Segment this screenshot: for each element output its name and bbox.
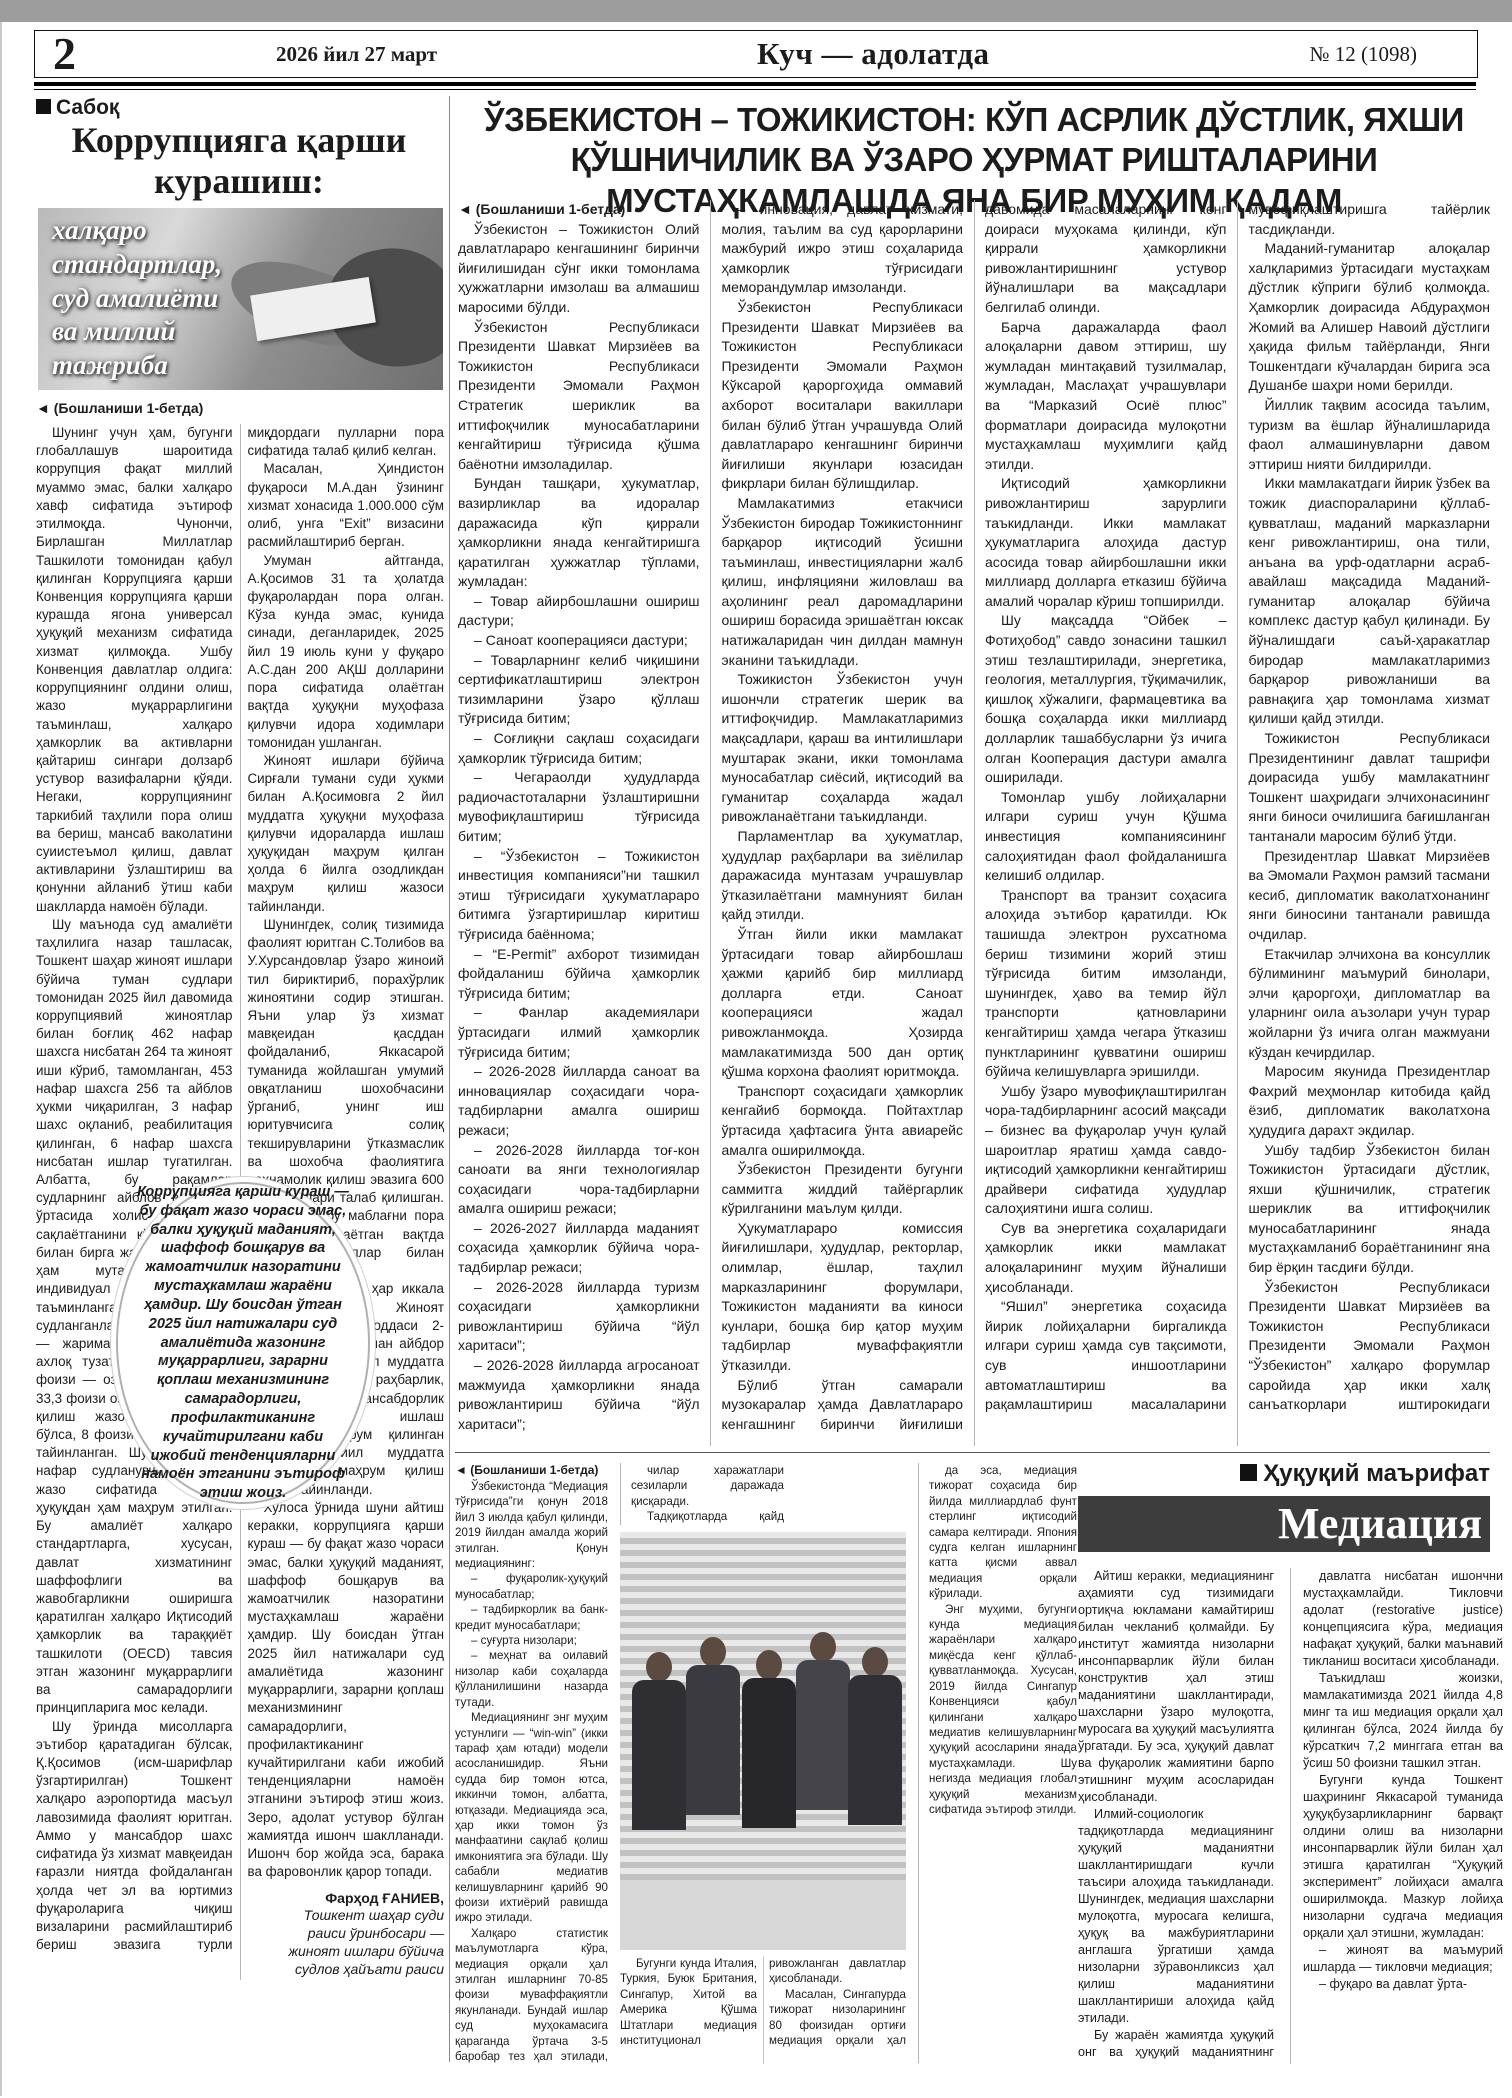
paragraph: – “Ўзбекистон – Тожикистон инвестиция ко… [458,847,700,945]
paragraph: Мамлакатимиз етакчиси Ўзбекистон биродар… [722,494,964,670]
paragraph: Масалан, Ҳиндистон фуқароси М.А.дан ўзин… [248,460,445,551]
paragraph: – Чегараолди ҳудудларда радиочастоталарн… [458,768,700,846]
main-paragraphs: Ўзбекистон – Тожикистон Олий давлатларар… [458,200,1490,1446]
photo-floor [620,1880,906,1950]
mediation-title: Медиация [1278,1502,1482,1546]
paragraph: – Саноат кооперацияси дастури; [458,631,700,651]
paragraph: Бугунги кунда Тошкент шаҳрининг Яккасаро… [1303,1772,1503,1942]
paragraph: Парламентлар ва ҳукуматлар, ҳудудлар раҳ… [722,827,964,925]
mediation-col3: да эса, медиация тижорат соҳасида бир йи… [918,1463,1077,2063]
paragraph: Тожикистон Республикаси Президентининг д… [1249,729,1491,847]
paragraph: Бу жараён жамиятда ҳуқуқий онг ва ҳуқуқи… [1078,2027,1274,2064]
bribe-photo: халқаро стандартлар, суд амалиёти ва мил… [38,208,443,390]
issue-date: 2026 йил 27 март [276,42,437,67]
pull-quote-circle: Коррупцияга қарши кураш — бу фақат жазо … [116,1182,370,1504]
mediation-col2: чилар харажатлари сезиларли даражада қис… [620,1463,784,1525]
paragraph: чилар харажатлари сезиларли даражада қис… [631,1463,784,1509]
paragraph: Президентлар Шавкат Мирзиёев ва Эмомали … [1249,847,1491,945]
person-silhouette [848,1647,902,1825]
person-silhouette [632,1652,686,1830]
masthead: 2 2026 йил 27 март Куч — адолатда № 12 (… [34,30,1478,78]
paragraph: да эса, медиация тижорат соҳасида бир йи… [929,1463,1077,1602]
paragraph: – инновация, давлат хизмати, молия, таъл… [722,200,964,298]
paragraph: – Фанлар академиялари ўртасидаги илмий ҳ… [458,1003,700,1062]
author-name: Фарҳод ҒАНИЕВ, [248,1890,445,1906]
paragraph: Икки мамлакатдаги йирик ўзбек ва тожик д… [1249,474,1491,729]
scan-edge-strip [0,0,1512,22]
section-label-saboq: Сабоқ [36,96,119,120]
paragraph: – 2026-2028 йилларда тоғ-кон саноати ва … [458,1141,700,1219]
paragraph: – “E-Permit” ахборот тизимидан фойдалани… [458,945,700,1004]
paragraph: Транспорт ва транзит соҳасига алоҳида эъ… [985,886,1227,1082]
paragraph: – 2026-2027 йилларда маданият соҳасида ҳ… [458,1219,700,1278]
mediation-paragraphs: давлатга нисбатан ишончни мустаҳкамлайди… [1303,1568,1503,1993]
mediation-title-box: Медиация [1078,1496,1490,1552]
paragraph: Бундан ташқари, ҳукуматлар, вазирликлар … [458,474,700,592]
corruption-headline: Коррупцияга қарши курашиш: [34,120,444,203]
paragraph: Тожикистон Ўзбекистон учун ишончли страт… [722,670,964,827]
handshake-photo [620,1532,906,1950]
section-label-huquqiy-marifat: Ҳуқуқий маърифат [1078,1460,1490,1488]
issue-number: № 12 (1098) [1309,42,1417,67]
continuation-marker: ◄ (Бошланиши 1-бетда) [458,200,700,220]
paragraph: Ўзбекистон – Тожикистон Олий давлатларар… [458,220,700,318]
paragraph: Шунинг учун ҳам, бугунги глобаллашув шар… [36,424,233,916]
main-body-columns: ◄ (Бошланиши 1-бетда) Ўзбекистон – Тожик… [458,200,1490,1446]
mediation-paragraphs: да эса, медиация тижорат соҳасида бир йи… [929,1463,1077,1817]
paragraph: Сув ва энергетика соҳаларидаги ҳамкорлик… [985,1219,1227,1297]
paragraph: Маданий-гуманитар алоқалар халқларимиз ў… [1249,239,1491,396]
paragraph: Таъкидлаш жоизки, мамлакатимизда 2021 йи… [1303,1670,1503,1772]
paragraph: Хулоса ўрнида шуни айтиш керакки, корруп… [248,1499,445,1882]
corruption-byline: Фарҳод ҒАНИЕВ, Тошкент шаҳар суди раиси … [248,1890,445,1979]
paragraph: Ўтган йили икки мамлакат ўртасидаги това… [722,925,964,1082]
paragraph: – Соғлиқни сақлаш соҳасидаги ҳамкорлик т… [458,729,700,768]
paragraph: Ўзбекистонда “Медиация тўғрисида”ги қону… [455,1479,608,1571]
person-silhouette [742,1650,796,1828]
section-divider-horizontal [455,1452,1490,1453]
paragraph: – Товарларнинг келиб чиқишини сертификат… [458,651,700,729]
paragraph: Ҳукуматлараро комиссия йиғилишлари, ҳуду… [722,1219,964,1376]
paragraph: Томонлар ушбу лойиҳаларни илгари суриш у… [985,788,1227,886]
mediation-paragraphs: Ўзбекистонда “Медиация тўғрисида”ги қону… [455,1479,608,2063]
paragraph: Ўзбекистон Президенти бугунги саммитга ж… [722,1160,964,1219]
photo-overlay-text: халқаро стандартлар, суд амалиёти ва мил… [52,214,282,383]
paragraph: Йиллик тақвим асосида таълим, туризм ва … [1249,396,1491,474]
column-divider-vertical [449,96,450,2062]
paragraph: Илмий-социологик тадқиқотларда медиациян… [1078,1806,1274,2027]
paragraph: Етакчилар элчихона ва консуллик бўлимини… [1249,945,1491,1063]
paragraph: Ушбу ўзаро мувофиқлаштирилган чора-тадби… [985,1082,1227,1219]
paragraph: Халқаро статистик маълумотларга кўра, ме… [455,1926,608,2063]
paragraph: – Товар айирбошлашни ошириш дастури; [458,592,700,631]
page-number: 2 [53,31,76,77]
paragraph: Умуман айтганда, А.Қосимов 31 та ҳолатда… [248,552,445,752]
mediation-below-photo: Бугунги кунда Италия, Туркия, Буюк Брита… [620,1956,906,2064]
paragraph: давлатга нисбатан ишончни мустаҳкамлайди… [1303,1568,1503,1670]
paragraph: Энг муҳими, бугунги кунда медиация жараё… [929,1602,1077,1818]
paragraph: Ўзбекистон Республикаси Президенти Шавка… [458,318,700,475]
paragraph: Медиациянинг энг муҳим устунлиги — “win-… [455,1710,608,1926]
paragraph: – суғурта низолари; [455,1633,608,1648]
continuation-marker: ◄ (Бошланиши 1-бетда) [455,1463,608,1477]
paragraph: – фуқаролик-ҳуқуқий муносабатлар; [455,1571,608,1602]
mediation-col1: ◄ (Бошланиши 1-бетда) Ўзбекистонда “Меди… [455,1463,608,2063]
pull-quote-text: Коррупцияга қарши кураш — бу фақат жазо … [137,1183,349,1503]
paragraph: – фуқаро ва давлат ўрта- [1303,1976,1503,1993]
paragraph: Айтиш керакки, медиациянинг аҳамияти суд… [1078,1568,1274,1806]
paragraph: Ушбу тадбир Ўзбекистон билан Тожикистон … [1249,1141,1491,1278]
paragraph: – 2026-2028 йилларда туризм соҳасидаги ҳ… [458,1278,700,1356]
paragraph: Тадқиқотларда қайд этилишича, суд тизими… [631,1509,784,1525]
mediation-paragraphs: чилар харажатлари сезиларли даражада қис… [631,1463,784,1525]
paragraph: Барча даражаларда фаол алоқаларни давом … [985,318,1227,475]
header-rule-thick [34,82,1476,86]
newspaper-title: Куч — адолатда [437,36,1309,72]
mediation-paragraphs: Айтиш керакки, медиациянинг аҳамияти суд… [1078,1568,1274,2064]
mediation-paragraphs: Бугунги кунда Италия, Туркия, Буюк Брита… [620,1956,906,2064]
paragraph: – 2026-2028 йилларда саноат ва инновация… [458,1062,700,1140]
paragraph: – меҳнат ва оилавий низолар каби соҳалар… [455,1648,608,1710]
paragraph: Шу мақсадда “Ойбек – Фотиҳобод” савдо зо… [985,611,1227,787]
continuation-marker: ◄ (Бошланиши 1-бетда) [36,400,203,416]
paragraph: Жиноят ишлари бўйича Сирғали тумани суди… [248,752,445,916]
paragraph: – тадбиркорлик ва банк-кредит муносабатл… [455,1602,608,1633]
section-bullet-icon [36,99,51,114]
mediation-col5: давлатга нисбатан ишончни мустаҳкамлайди… [1290,1568,1503,2064]
person-silhouette [796,1632,850,1810]
person-silhouette [686,1637,740,1815]
mediation-col4: Айтиш керакки, медиациянинг аҳамияти суд… [1078,1568,1274,2064]
paragraph: Транспорт соҳасидаги ҳамкорлик кенгайиб … [722,1082,964,1160]
paragraph: Маросим якунида Президентлар Фахрий меҳм… [1249,1062,1491,1140]
paragraph: Ўзбекистон Республикаси Президенти Шавка… [722,298,964,494]
paragraph: Иқтисодий ҳамкорликни ривожлантириш зару… [985,474,1227,611]
section-bullet-icon [1240,1464,1257,1481]
paragraph: – жиноят ва маъмурий ишларда — тикловчи … [1303,1942,1503,1976]
paragraph: – 2026-2028 йилларда агросаноат мажмуида… [458,1356,700,1434]
author-title: Тошкент шаҳар суди раиси ўринбосари — жи… [248,1906,445,1979]
header-rule-thin [34,89,1476,90]
